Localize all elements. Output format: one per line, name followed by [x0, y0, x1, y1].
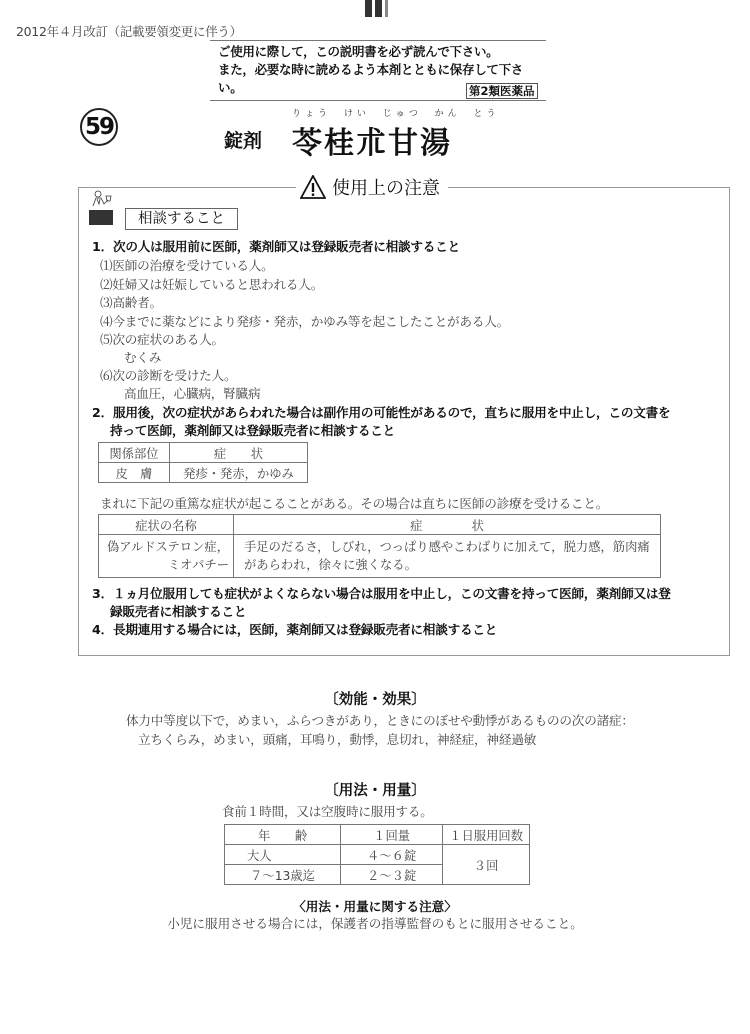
dosage-title: 〔用法・用量〕	[0, 779, 750, 800]
item1-sub: ⑸次の症状のある人。	[100, 331, 224, 349]
amount-cell: ４～６錠	[341, 845, 443, 865]
header-cell: 症 状	[234, 515, 661, 535]
efficacy-line2: 立ちくらみ，めまい，頭痛，耳鳴り，動悸，息切れ，神経症，神経過敏	[138, 731, 536, 749]
item1-sub: ⑵妊婦又は妊娠していると思われる人。	[100, 276, 323, 294]
serious-symptom-table: 症状の名称 症 状 偽アルドステロン症， ミオパチー 手足のだるさ，しびれ，つっ…	[98, 514, 661, 578]
age-cell: ７～13歳迄	[225, 865, 341, 885]
drug-classification-badge: 第2類医薬品	[466, 83, 538, 99]
precautions-title: 使用上の注意	[300, 174, 440, 200]
consult-pharmacist-icon	[88, 190, 114, 226]
amount-cell: ２～３錠	[341, 865, 443, 885]
dosage-note: 小児に服用させる場合には，保護者の指導監督のもとに服用させること。	[0, 913, 750, 932]
dosage-instruction: 食前１時間，又は空腹時に服用する。	[222, 803, 433, 821]
symptom-name-line: 偽アルドステロン症，	[103, 538, 229, 556]
item3-line1: 3．１ヵ月位服用しても症状がよくならない場合は服用を中止し，この文書を持って医師…	[92, 585, 671, 603]
box-border-left	[78, 187, 296, 188]
product-name: 苓桂朮甘湯	[292, 118, 452, 162]
item1-title: 1．次の人は服用前に医師，薬剤師又は登録販売者に相談すること	[92, 238, 460, 256]
consult-label: 相談すること	[125, 208, 238, 230]
item4: 4．長期連用する場合には，医師，薬剤師又は登録販売者に相談すること	[92, 621, 497, 639]
header-cell: １回量	[341, 825, 443, 845]
product-number: 59	[80, 108, 118, 146]
table-cell: 発疹・発赤，かゆみ	[170, 463, 308, 483]
header-cell: １日服用回数	[443, 825, 530, 845]
item2-line2: 持って医師，薬剤師又は登録販売者に相談すること	[110, 422, 395, 440]
age-cell: 大人	[225, 845, 341, 865]
item3-line2: 録販売者に相談すること	[110, 603, 246, 621]
times-cell: ３回	[443, 845, 530, 885]
dosage-form: 錠剤	[224, 126, 262, 153]
efficacy-line1: 体力中等度以下で，めまい，ふらつきがあり，ときにのぼせや動悸があるものの次の諸症…	[126, 712, 634, 730]
notice-line: ご使用に際して，この説明書を必ず読んで下さい。	[218, 43, 546, 61]
item1-sub: ⑶高齢者。	[100, 294, 162, 312]
side-effect-table: 関係部位 症 状 皮 膚 発疹・発赤，かゆみ	[98, 442, 308, 483]
item1-sub: ⑹次の診断を受けた人。	[100, 367, 236, 385]
item1-sub-detail: 高血圧，心臓病，腎臓病	[124, 385, 260, 403]
symptom-name-line: ミオパチー	[103, 556, 229, 574]
efficacy-title: 〔効能・効果〕	[0, 688, 750, 709]
serious-symptom-note: まれに下記の重篤な症状が起こることがある。その場合は直ちに医師の診療を受けること…	[100, 495, 608, 513]
box-border-right	[448, 187, 729, 188]
table-cell: 皮 膚	[99, 463, 170, 483]
item2-line1: 2．服用後，次の症状があらわれた場合は副作用の可能性があるので，直ちに服用を中止…	[92, 404, 670, 422]
precautions-title-text: 使用上の注意	[332, 174, 440, 200]
table-cell: 手足のだるさ，しびれ，つっぱり感やこわばりに加えて，脱力感，筋肉痛 があらわれ，…	[234, 535, 661, 578]
header-cell: 症状の名称	[99, 515, 234, 535]
dosage-table: 年 齢 １回量 １日服用回数 大人 ４～６錠 ３回 ７～13歳迄 ２～３錠	[224, 824, 530, 885]
header-cell: 関係部位	[99, 443, 170, 463]
item1-sub: ⑷今までに薬などにより発疹・発赤，かゆみ等を起こしたことがある人。	[100, 313, 509, 331]
symptom-line: があらわれ，徐々に強くなる。	[244, 556, 650, 574]
item1-sub-detail: むくみ	[124, 349, 161, 367]
header-cell: 年 齢	[225, 825, 341, 845]
registration-marks	[365, 0, 391, 17]
symptom-line: 手足のだるさ，しびれ，つっぱり感やこわばりに加えて，脱力感，筋肉痛	[244, 538, 650, 556]
header-cell: 症 状	[170, 443, 308, 463]
revision-date: 2012年４月改訂（記載要領変更に伴う）	[16, 22, 242, 40]
warning-triangle-icon	[300, 175, 326, 199]
item1-sub: ⑴医師の治療を受けている人。	[100, 257, 274, 275]
table-cell: 偽アルドステロン症， ミオパチー	[99, 535, 234, 578]
